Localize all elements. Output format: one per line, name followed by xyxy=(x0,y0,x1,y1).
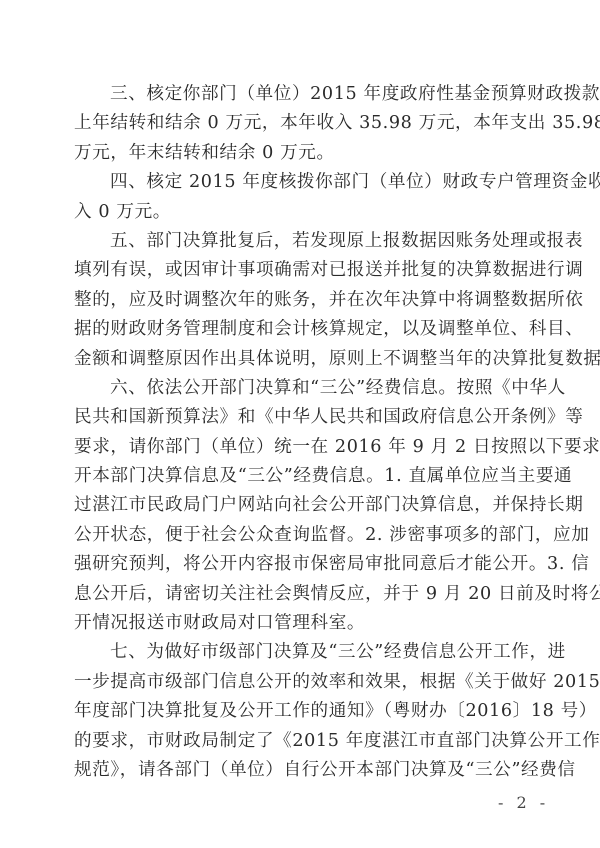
paragraph-3-line-3: 万元，年末结转和结余 0 万元。 xyxy=(74,139,532,168)
paragraph-7-line-4: 的要求，市财政局制定了《2015 年度湛江市直部门决算公开工作 xyxy=(74,727,532,756)
paragraph-6-line-1: 六、依法公开部门决算和“三公”经费信息。按照《中华人 xyxy=(74,374,532,403)
paragraph-5-line-5: 金额和调整原因作出具体说明，原则上不调整当年的决算批复数据。 xyxy=(74,345,532,374)
paragraph-3-line-1: 三、核定你部门（单位）2015 年度政府性基金预算财政拨款 xyxy=(74,80,532,109)
paragraph-5-line-4: 据的财政财务管理制度和会计核算规定，以及调整单位、科目、 xyxy=(74,315,532,344)
paragraph-6-line-5: 过湛江市民政局门户网站向社会公开部门决算信息，并保持长期 xyxy=(74,491,532,520)
page-number: - 2 - xyxy=(498,793,549,812)
paragraph-7-line-1: 七、为做好市级部门决算及“三公”经费信息公开工作，进 xyxy=(74,638,532,667)
paragraph-7-line-5: 规范》，请各部门（单位）自行公开本部门决算及“三公”经费信 xyxy=(74,756,532,785)
document-page: 三、核定你部门（单位）2015 年度政府性基金预算财政拨款 上年结转和结余 0 … xyxy=(0,0,600,848)
paragraph-3-line-2: 上年结转和结余 0 万元，本年收入 35.98 万元，本年支出 35.98 xyxy=(74,109,532,138)
document-body: 三、核定你部门（单位）2015 年度政府性基金预算财政拨款 上年结转和结余 0 … xyxy=(74,80,532,785)
paragraph-6-line-7: 强研究预判，将公开内容报市保密局审批同意后才能公开。3. 信 xyxy=(74,550,532,579)
paragraph-4-line-2: 入 0 万元。 xyxy=(74,198,532,227)
paragraph-6-line-3: 要求，请你部门（单位）统一在 2016 年 9 月 2 日按照以下要求公 xyxy=(74,433,532,462)
paragraph-7-line-2: 一步提高市级部门信息公开的效率和效果，根据《关于做好 2015 xyxy=(74,668,532,697)
paragraph-6-line-8: 息公开后，请密切关注社会舆情反应，并于 9 月 20 日前及时将公 xyxy=(74,580,532,609)
paragraph-5-line-3: 整的，应及时调整次年的账务，并在次年决算中将调整数据所依 xyxy=(74,286,532,315)
paragraph-4-line-1: 四、核定 2015 年度核拨你部门（单位）财政专户管理资金收 xyxy=(74,168,532,197)
paragraph-5-line-1: 五、部门决算批复后，若发现原上报数据因账务处理或报表 xyxy=(74,227,532,256)
paragraph-6-line-2: 民共和国新预算法》和《中华人民共和国政府信息公开条例》等 xyxy=(74,403,532,432)
paragraph-6-line-9: 开情况报送市财政局对口管理科室。 xyxy=(74,609,532,638)
paragraph-6-line-6: 公开状态，便于社会公众查询监督。2. 涉密事项多的部门，应加 xyxy=(74,521,532,550)
paragraph-7-line-3: 年度部门决算批复及公开工作的通知》（粤财办〔2016〕18 号） xyxy=(74,697,532,726)
paragraph-6-line-4: 开本部门决算信息及“三公”经费信息。1. 直属单位应当主要通 xyxy=(74,462,532,491)
paragraph-5-line-2: 填列有误，或因审计事项确需对已报送并批复的决算数据进行调 xyxy=(74,256,532,285)
